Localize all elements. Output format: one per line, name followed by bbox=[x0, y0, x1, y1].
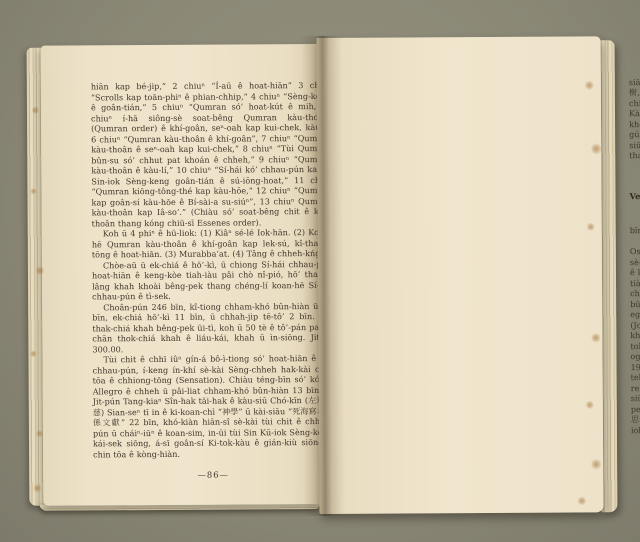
page-number-87: —87— bbox=[631, 445, 640, 457]
paragraph: Chòe-aū ū ek-chiá ê hō’-kì, ū chiong Sí-… bbox=[92, 258, 332, 301]
foxing-spot bbox=[32, 106, 39, 115]
paragraph: Tùi chit ê chhī iûⁿ gín-á bô-ì-tiong só’… bbox=[92, 353, 333, 459]
foxing-spot bbox=[586, 400, 594, 409]
foxing-spot bbox=[587, 222, 595, 231]
foxing-spot bbox=[33, 484, 41, 493]
foxing-spot bbox=[577, 496, 586, 505]
paragraph: Chiàu ek-chiá ê hō’-kì, tù-chiá Thorleif… bbox=[630, 234, 640, 435]
foxing-spot bbox=[36, 266, 44, 276]
foxing-spot bbox=[30, 188, 36, 195]
page-number-86: —86— bbox=[93, 469, 333, 481]
foxing-spot bbox=[30, 350, 36, 358]
left-page-text: hiān kap bé-jip,” 2 chiuⁿ “Í-aū ê hoat-h… bbox=[91, 80, 333, 481]
book-review-heading: Thorleif Boman : Das hebraische Denken i… bbox=[629, 178, 640, 202]
foxing-spot bbox=[591, 458, 601, 470]
foxing-spot bbox=[591, 332, 600, 343]
paragraph: Koan-hē chit hong-bīn, Jit-pún ê bûn-hià… bbox=[629, 65, 640, 161]
paragraph: Jit-pún ek “ヘブライ人とギリシヤ人の思惟” 1957. A5 400… bbox=[630, 213, 640, 236]
paragraph: Choân-pún 246 bīn, kî-tiong chham-khó bû… bbox=[92, 300, 332, 354]
photo-backdrop: hiān kap bé-jip,” 2 chiuⁿ “Í-aū ê hoat-h… bbox=[0, 0, 640, 542]
paragraph-continuation: hiān kap bé-jip,” 2 chiuⁿ “Í-aū ê hoat-h… bbox=[91, 80, 332, 228]
foxing-spot bbox=[585, 80, 594, 90]
book-spread: hiān kap bé-jip,” 2 chiuⁿ “Í-aū ê hoat-h… bbox=[27, 34, 616, 520]
left-page: hiān kap bé-jip,” 2 chiuⁿ “Í-aū ê hoat-h… bbox=[41, 44, 320, 506]
foxing-spot bbox=[591, 142, 601, 155]
right-page: Koan-hē chit hong-bīn, Jit-pún ê bûn-hià… bbox=[317, 36, 604, 514]
paragraph: Koh ū 4 phiⁿ ê hū-liok: (1) Kiâⁿ sé-lé I… bbox=[92, 227, 332, 260]
foxing-spot bbox=[36, 430, 43, 438]
right-page-text: Koan-hē chit hong-bīn, Jit-pún ê bûn-hià… bbox=[629, 65, 640, 457]
